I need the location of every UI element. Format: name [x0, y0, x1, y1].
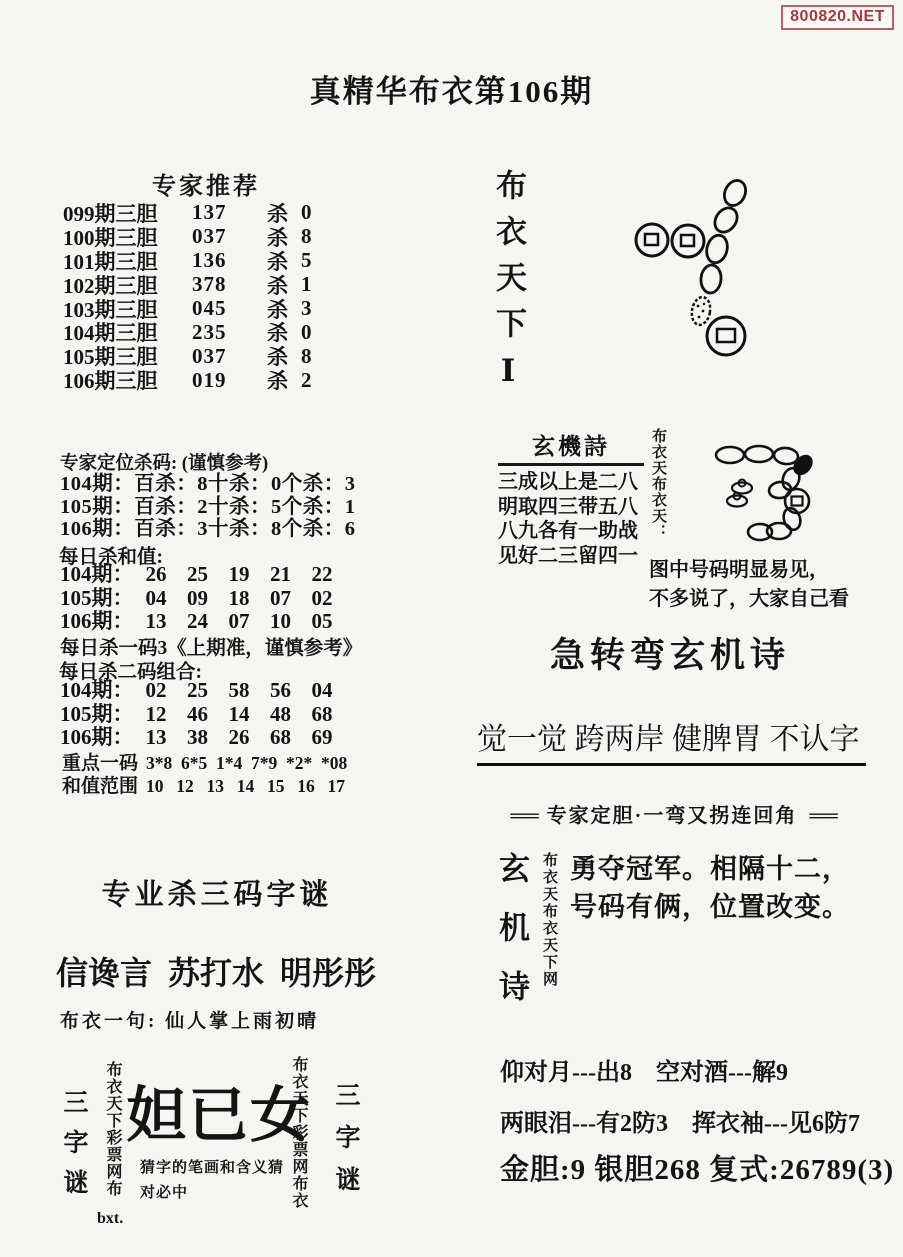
mystic-poem-lines: 三成以上是二八 明取四三带五八 八九各有一助战 见好二三留四一: [498, 470, 644, 568]
poem-line: 八九各有一助战: [498, 519, 644, 544]
watermark-vertical-mystic: 布衣天布衣天：: [648, 428, 669, 540]
mystic-poem-box: 玄機詩 三成以上是二八 明取四三带五八 八九各有一助战 见好二三留四一: [498, 428, 644, 568]
table-row: 106期三胆 019 杀 2: [63, 368, 312, 392]
double-line-ornament: ══: [510, 805, 538, 827]
dan-cell: 037: [192, 224, 254, 249]
daily-sum-row: 105期：04 09 18 07 02: [60, 587, 333, 611]
watermark-vertical-xuanji: 布衣天布衣天下网: [539, 852, 560, 988]
expert-recommend-table: 099期三胆 137 杀 0 100期三胆 037 杀 8 101期三胆 136…: [63, 201, 312, 392]
sharp-turn-riddle: 觉一觉 跨两岸 健脾胃 不认字: [477, 714, 866, 766]
daily-two-row: 104期：02 25 58 56 04: [60, 679, 333, 703]
xuanji-line1: 勇夺冠军。相隔十二，: [570, 850, 850, 888]
poem-line: 三成以上是二八: [498, 470, 644, 495]
kill-value: 8: [301, 224, 312, 249]
lottery-sheet-page: 800820.NET 真精华布衣第106期 专家推荐 099期三胆 137 杀 …: [0, 0, 903, 1257]
result-lines: 仰对月---出8 空对酒---解9 两眼泪---有2防3 挥衣袖---见6防7 …: [500, 1052, 894, 1188]
daily-two-row: 105期：12 46 14 48 68: [60, 703, 333, 727]
site-mark-latin: bxt.: [97, 1210, 123, 1228]
dan-cell: 136: [192, 248, 254, 273]
kill-value: 1: [301, 272, 312, 297]
coin-chain-diagram: [595, 168, 780, 378]
riddle-hint-line1: 猜字的笔画和含义猜: [140, 1156, 284, 1177]
issue-cell: 106期三胆: [63, 365, 192, 395]
kill-label: 杀: [254, 365, 301, 395]
daily-two-kill-rows: 104期：02 25 58 56 04 105期：12 46 14 48 68 …: [60, 679, 333, 750]
result-line3: 金胆:9 银胆268 复式:26789(3): [500, 1147, 894, 1188]
daily-sum-row: 106期：13 24 07 10 05: [60, 610, 333, 634]
mystic-note-line2: 不多说了，大家自己看: [649, 585, 849, 614]
position-kill-title: 专家定位杀码: (谨慎参考): [60, 449, 268, 475]
position-kill-row: 105期：百杀：2十杀：5个杀：1: [60, 496, 356, 519]
three-char-riddle-label-left: 三字谜: [55, 1089, 91, 1209]
double-line-ornament: ══: [809, 805, 837, 827]
riddle-big-characters: 妲已女: [126, 1068, 312, 1154]
site-mark-vertical-left: 布衣天下彩票网布: [101, 1061, 124, 1197]
sum-range-label: 和值范围: [62, 776, 138, 797]
result-line2: 两眼泪---有2防3 挥衣袖---见6防7: [500, 1103, 894, 1138]
position-kill-row: 104期：百杀：8十杀：0个杀：3: [60, 473, 356, 496]
site-mark-vertical-right: 布衣天下彩票网布衣: [287, 1056, 310, 1209]
mystic-note-line1: 图中号码明显易见，: [649, 556, 849, 585]
poem-line: 见好二三留四一: [498, 544, 644, 569]
dan-cell: 019: [192, 368, 254, 393]
buyi-world-vertical-title: 布衣天下Ⅰ: [486, 169, 531, 404]
kill-value: 0: [301, 320, 312, 345]
sharp-turn-title: 急转弯玄机诗: [460, 628, 880, 678]
buyi-sentence: 布衣一句: 仙人掌上雨初晴: [60, 1006, 319, 1033]
key-one-code-values: 3*8 6*5 1*4 7*9 *2* *08: [138, 753, 347, 773]
kill-value: 8: [301, 344, 312, 369]
mystic-note: 图中号码明显易见， 不多说了，大家自己看: [649, 556, 849, 614]
site-watermark: 800820.NET: [781, 5, 894, 30]
xuanji-line2: 号码有俩，位置改变。: [570, 888, 850, 926]
kill-value: 2: [301, 368, 312, 393]
dan-cell: 037: [192, 344, 254, 369]
poem-line: 明取四三带五八: [498, 495, 644, 520]
dan-cell: 045: [192, 296, 254, 321]
kill-value: 0: [301, 200, 312, 225]
page-title: 真精华布衣第106期: [0, 66, 903, 111]
position-kill-row: 106期：百杀：3十杀：8个杀：6: [60, 518, 356, 541]
position-kill-rows: 104期：百杀：8十杀：0个杀：3 105期：百杀：2十杀：5个杀：1 106期…: [60, 473, 356, 541]
dan-cell: 378: [192, 272, 254, 297]
mystic-poem-title: 玄機詩: [498, 428, 644, 466]
three-char-riddle-label-right: 三字谜: [327, 1082, 363, 1208]
number-figure-diagram: [700, 442, 875, 547]
kill-value: 3: [301, 296, 312, 321]
riddle-hint-line2: 对必中: [140, 1181, 188, 1202]
expert-recommend-title: 专家推荐: [60, 166, 352, 201]
daily-sum-row: 104期：26 25 19 21 22: [60, 563, 333, 587]
sum-range-line: 和值范围10 12 13 14 15 16 17: [62, 771, 345, 798]
xuanji-poem: 勇夺冠军。相隔十二， 号码有俩，位置改变。: [570, 850, 850, 926]
sum-range-values: 10 12 13 14 15 16 17: [138, 776, 345, 796]
daily-sum-kill-rows: 104期：26 25 19 21 22 105期：04 09 18 07 02 …: [60, 563, 333, 634]
dan-cell: 137: [192, 200, 254, 225]
xuanji-vertical-title: 玄机诗: [489, 852, 534, 1029]
result-line1: 仰对月---出8 空对酒---解9: [500, 1052, 894, 1087]
kill-value: 5: [301, 248, 312, 273]
daily-two-row: 106期：13 38 26 68 69: [60, 726, 333, 750]
three-code-riddle-words: 信谗言 苏打水 明彤彤: [56, 948, 376, 994]
three-code-riddle-title: 专业杀三码字谜: [72, 872, 362, 913]
expert-dan-banner: ══专家定胆·一弯又拐连回角══: [458, 799, 890, 828]
dan-cell: 235: [192, 320, 254, 345]
expert-dan-banner-text: 专家定胆·一弯又拐连回角: [547, 805, 798, 827]
